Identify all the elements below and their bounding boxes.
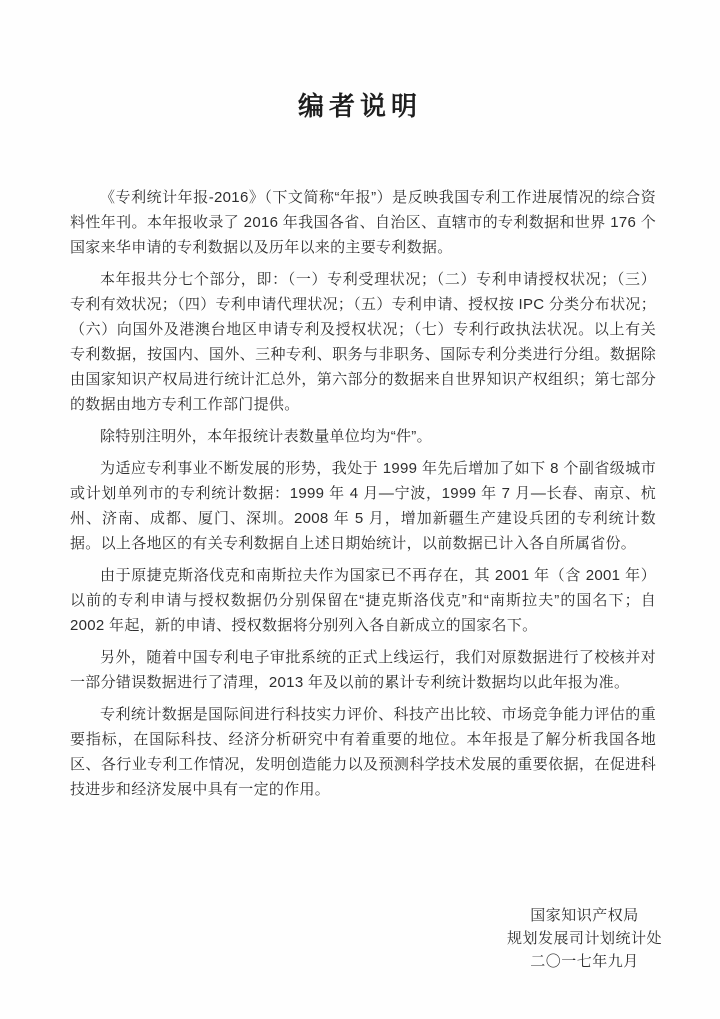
paragraph-sections: 本年报共分七个部分，即：（一）专利受理状况；（二）专利申请授权状况；（三）专利有…: [70, 267, 656, 417]
paragraph-intro: 《专利统计年报-2016》（下文简称“年报”）是反映我国专利工作进展情况的综合资…: [70, 185, 656, 260]
signature-block: 国家知识产权局 规划发展司计划统计处 二〇一七年九月: [507, 904, 662, 973]
signature-organization: 国家知识产权局: [507, 904, 662, 927]
document-page: 编者说明 《专利统计年报-2016》（下文简称“年报”）是反映我国专利工作进展情…: [0, 0, 720, 1019]
paragraph-city-data: 为适应专利事业不断发展的形势，我处于 1999 年先后增加了如下 8 个副省级城…: [70, 456, 656, 556]
document-body: 《专利统计年报-2016》（下文简称“年报”）是反映我国专利工作进展情况的综合资…: [70, 185, 656, 802]
paragraph-unit-note: 除特别注明外，本年报统计表数量单位均为“件”。: [70, 424, 656, 449]
signature-department: 规划发展司计划统计处: [507, 927, 662, 950]
paragraph-significance: 专利统计数据是国际间进行科技实力评价、科技产出比较、市场竞争能力评估的重要指标，…: [70, 702, 656, 802]
signature-date: 二〇一七年九月: [507, 950, 662, 973]
paragraph-country-note: 由于原捷克斯洛伐克和南斯拉夫作为国家已不再存在，其 2001 年（含 2001 …: [70, 563, 656, 638]
page-title: 编者说明: [0, 0, 720, 123]
paragraph-data-revision: 另外，随着中国专利电子审批系统的正式上线运行，我们对原数据进行了校核并对一部分错…: [70, 645, 656, 695]
